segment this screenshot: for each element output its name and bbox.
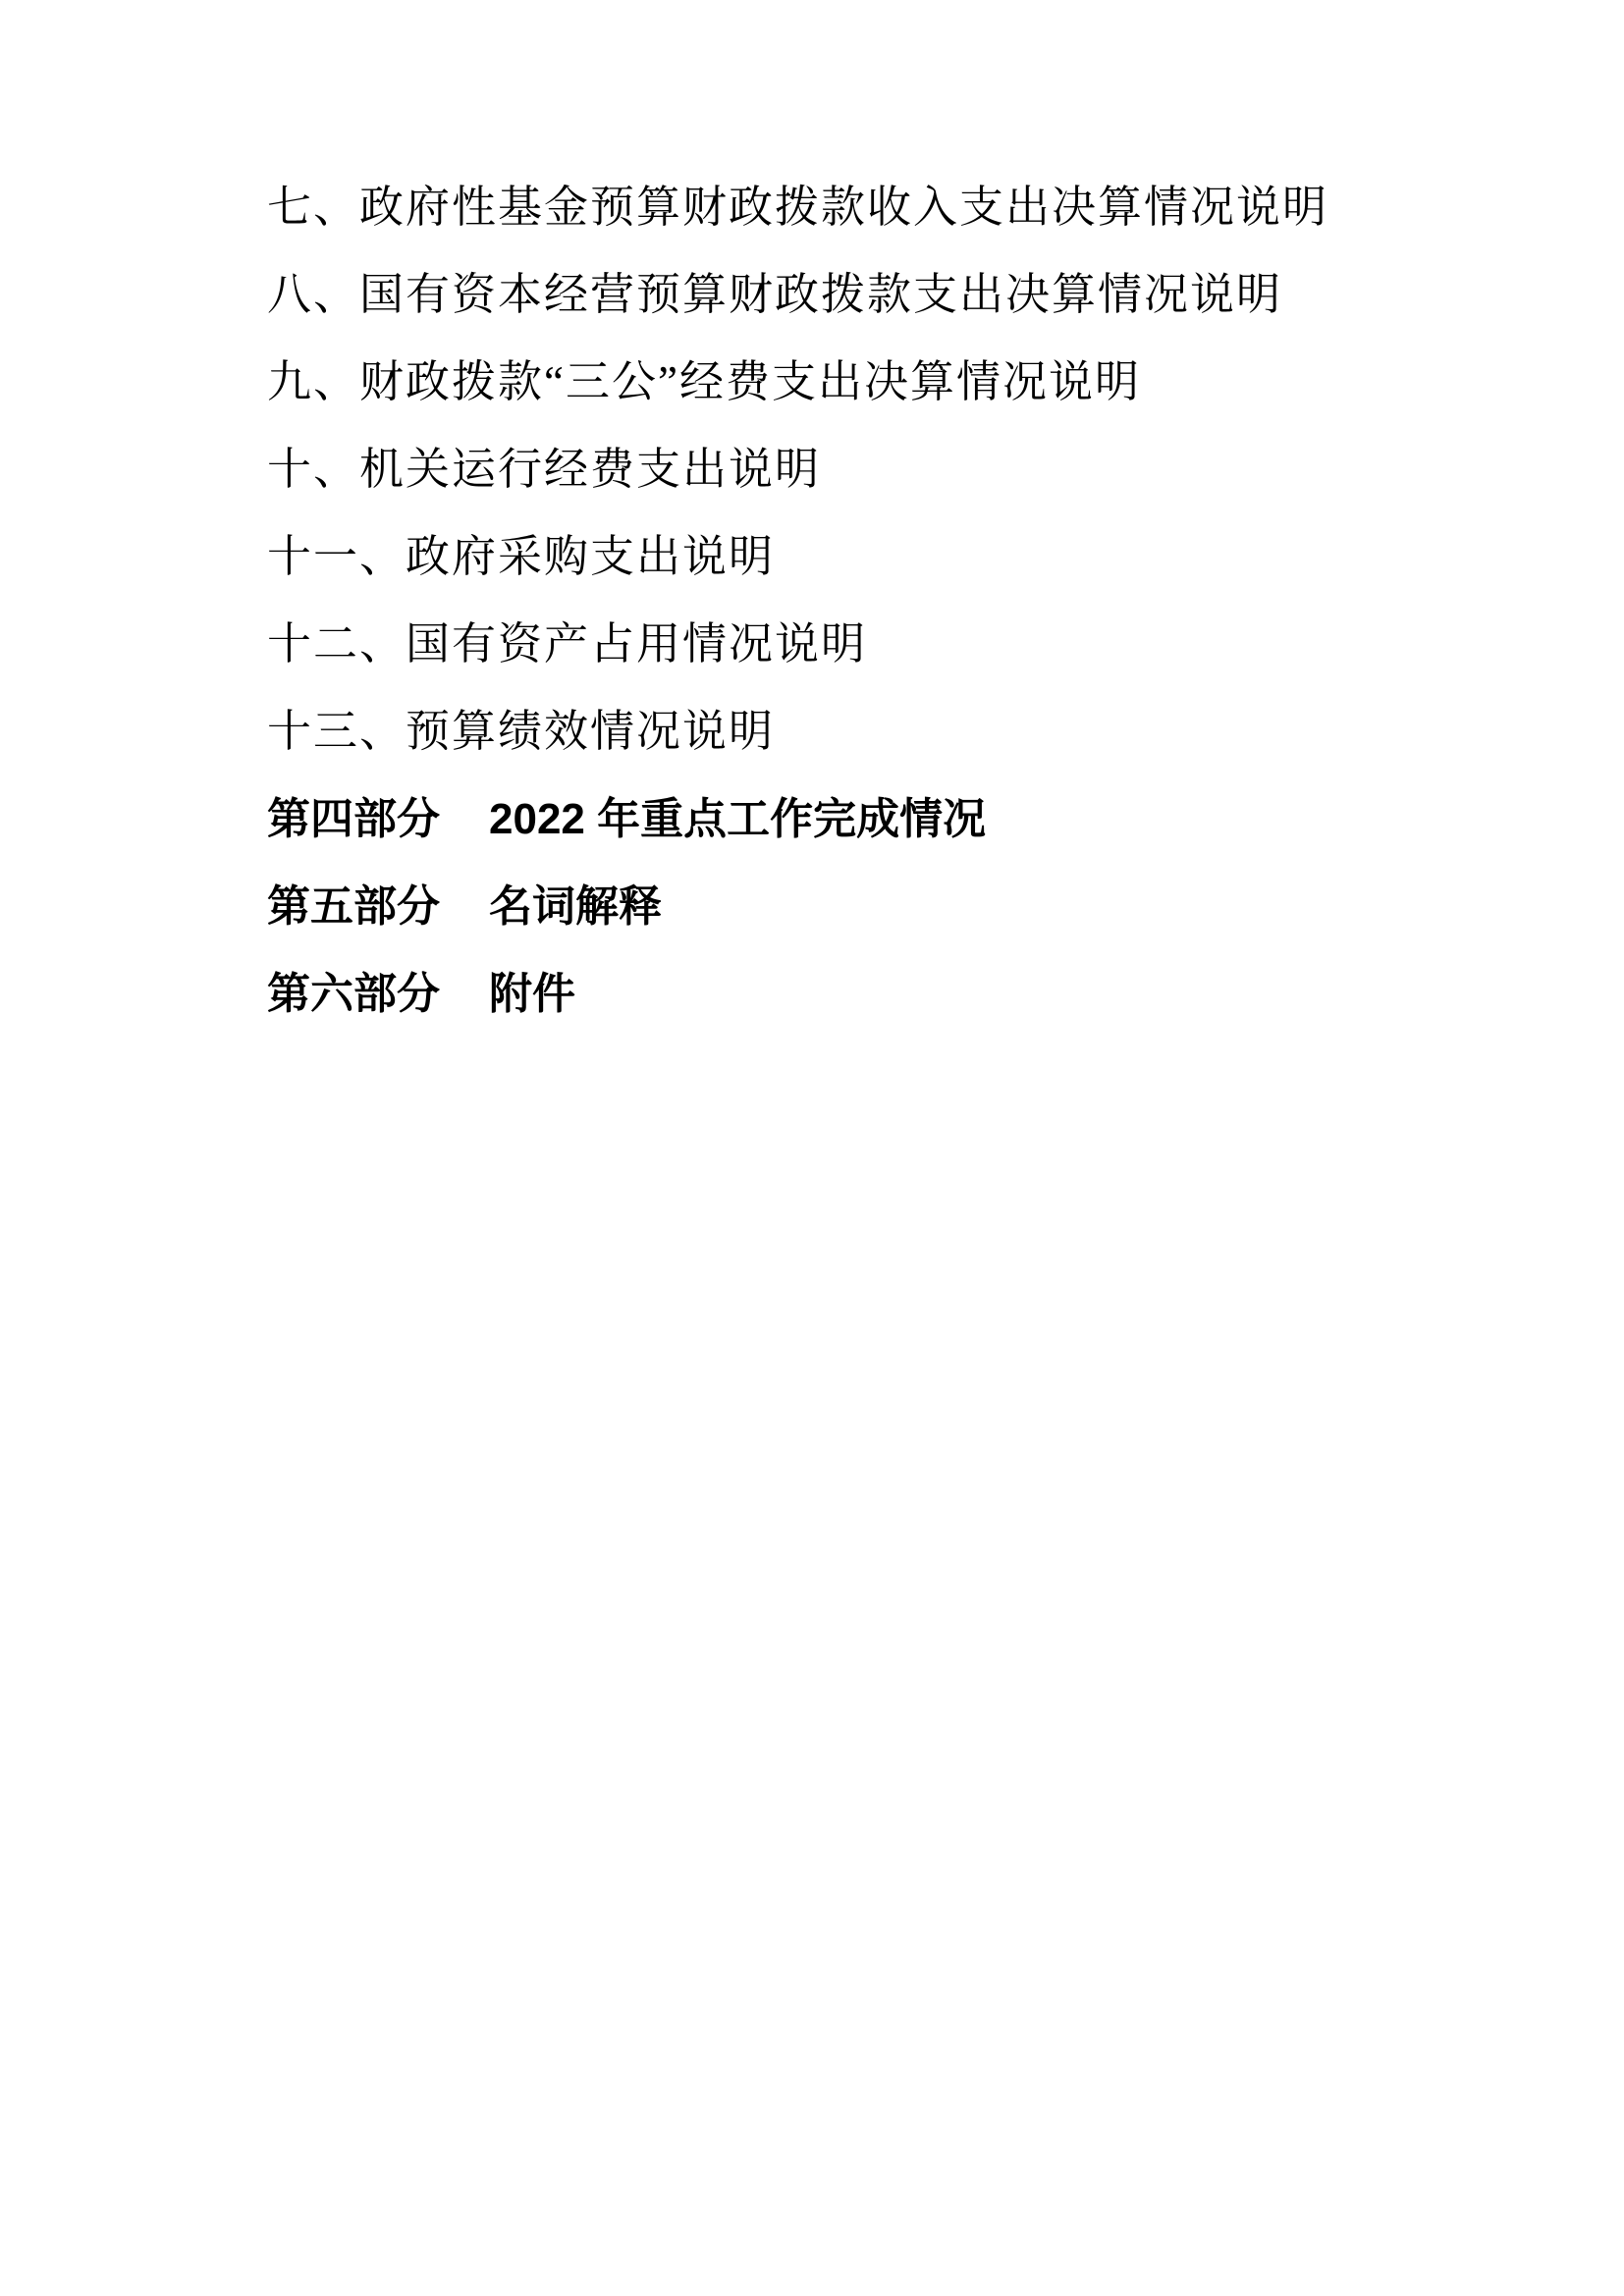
toc-entry: 八、国有资本经营预算财政拨款支出决算情况说明	[267, 251, 1467, 339]
toc-entry: 十三、预算绩效情况说明	[267, 688, 1467, 775]
toc-entry-text: 七、政府性基金预算财政拨款收入支出决算情况说明	[267, 183, 1328, 232]
toc-part-label: 第五部分	[267, 882, 440, 931]
toc-part-label: 第四部分	[267, 795, 440, 843]
toc-entry: 十、机关运行经费支出说明	[267, 426, 1467, 513]
toc-entry-text: 十一、政府采购支出说明	[267, 532, 775, 581]
toc-part-label: 第六部分	[267, 970, 440, 1018]
toc-entry: 十一、政府采购支出说明	[267, 513, 1467, 601]
toc-part-title: 名词解释	[489, 882, 662, 931]
toc-entry: 七、政府性基金预算财政拨款收入支出决算情况说明	[267, 164, 1467, 251]
toc-entry-text: 九、财政拨款“三公”经费支出决算情况说明	[267, 357, 1141, 406]
toc-list: 七、政府性基金预算财政拨款收入支出决算情况说明八、国有资本经营预算财政拨款支出决…	[267, 164, 1467, 1038]
toc-part-title: 2022 年重点工作完成情况	[489, 795, 986, 843]
toc-entry-text: 十三、预算绩效情况说明	[267, 707, 775, 756]
toc-entry: 九、财政拨款“三公”经费支出决算情况说明	[267, 339, 1467, 426]
toc-part-title: 附件	[489, 970, 575, 1018]
toc-part-heading: 第六部分附件	[267, 950, 1467, 1038]
toc-part-heading: 第五部分名词解释	[267, 863, 1467, 950]
toc-part-heading: 第四部分2022 年重点工作完成情况	[267, 775, 1467, 863]
toc-entry-text: 十二、国有资产占用情况说明	[267, 619, 867, 668]
toc-entry-text: 八、国有资本经营预算财政拨款支出决算情况说明	[267, 270, 1282, 319]
toc-entry-text: 十、机关运行经费支出说明	[267, 445, 821, 494]
document-page: 七、政府性基金预算财政拨款收入支出决算情况说明八、国有资本经营预算财政拨款支出决…	[0, 0, 1624, 2296]
toc-entry: 十二、国有资产占用情况说明	[267, 601, 1467, 688]
